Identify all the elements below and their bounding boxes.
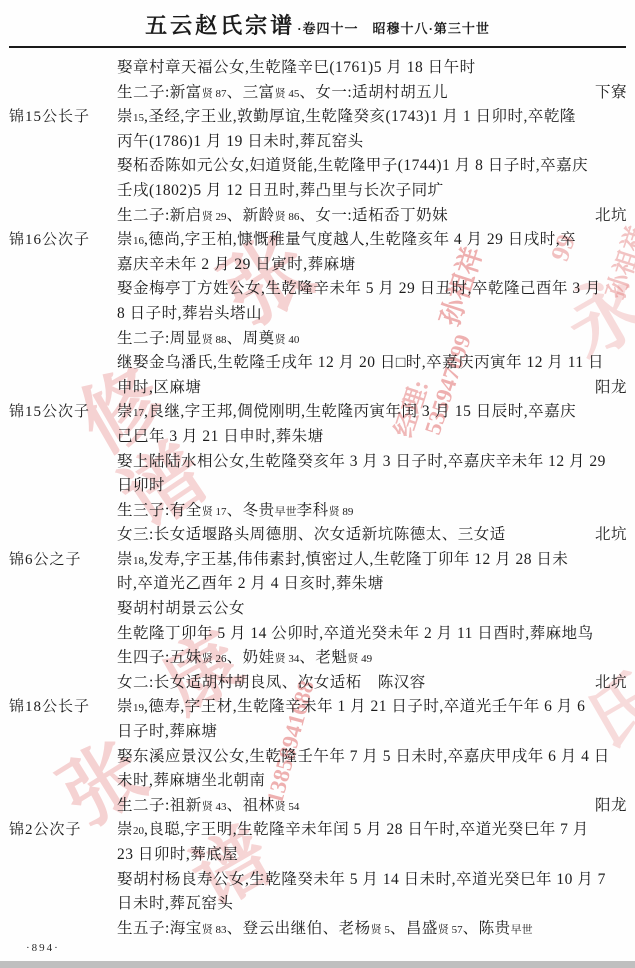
text-line: 娶胡村胡景云公女 (117, 597, 627, 622)
text-line: 壬戌(1802)5 月 12 日丑时,葬凸里与长次子同圹 (117, 179, 627, 204)
text-line: 生二子:新富贤 87、三富贤 45、女一:适胡村胡五儿下寮 (117, 81, 627, 106)
text-line: 继娶金乌潘氏,生乾隆壬戌年 12 月 20 日□时,卒嘉庆丙寅年 12 月 11… (117, 351, 627, 376)
text-line: 日卯时 (117, 474, 627, 499)
entry-block: 锦15公长子崇15,圣经,字王业,敦勤厚谊,生乾隆癸亥(1743)1 月 1 日… (0, 105, 635, 228)
line-text: 崇17,良继,字王邦,倜傥刚明,生乾隆丙寅年闰 3 月 15 日辰时,卒嘉庆 (117, 403, 576, 420)
text-line: 生二子:新启贤 29、新龄贤 86、女一:适柘岙丁奶妹北坑 (117, 204, 627, 229)
generation-label: 锦18公长子 (0, 695, 117, 818)
page-title: 五云赵氏宗谱 (145, 13, 295, 38)
small-annotation: 贤 54 (275, 801, 300, 813)
line-text: 生二子:祖新贤 43、祖林贤 54 (117, 797, 299, 814)
entry-block: 锦15公次子崇17,良继,字王邦,倜傥刚明,生乾隆丙寅年闰 3 月 15 日辰时… (0, 400, 635, 548)
line-text: 生二子:新启贤 29、新龄贤 86、女一:适柘岙丁奶妹 (117, 207, 448, 224)
line-text: 崇19,德寿,字王材,生乾隆辛未年 1 月 21 日子时,卒道光壬午年 6 月 … (117, 698, 585, 715)
generation-label: 锦2公次子 (0, 818, 117, 941)
text-line: 娶柘岙陈如元公女,妇道贤能,生乾隆甲子(1744)1 月 8 日子时,卒嘉庆 (117, 154, 627, 179)
place-tag: 北坑 (595, 523, 627, 548)
text-line: 日未时,葬瓦窑头 (117, 892, 627, 917)
line-text: 崇20,良聪,字王明,生乾隆辛未年闰 5 月 28 日午时,卒道光癸巳年 7 月 (117, 821, 589, 838)
text-line: 娶金梅亭丁方姓公女,生乾隆辛未年 5 月 29 日丑时,卒乾隆己酉年 3 月 (117, 277, 627, 302)
line-text: 时,卒道光乙酉年 2 月 4 日亥时,葬朱塘 (117, 575, 384, 592)
line-text: 娶柘岙陈如元公女,妇道贤能,生乾隆甲子(1744)1 月 8 日子时,卒嘉庆 (117, 157, 588, 174)
line-text: 娶章村章天福公女,生乾隆辛巳(1761)5 月 18 日午时 (117, 59, 476, 76)
text-line: 23 日卯时,葬底屋 (117, 843, 627, 868)
small-annotation: 17 (133, 407, 144, 419)
line-text: 8 日子时,葬岩头塔山 (117, 305, 262, 322)
text-line: 崇20,良聪,字王明,生乾隆辛未年闰 5 月 28 日午时,卒道光癸巳年 7 月 (117, 818, 627, 843)
place-tag: 下寮 (595, 81, 627, 106)
bottom-bar (0, 961, 635, 968)
text-line: 女二:长女适胡村胡良凤、次女适柘 陈汉容北坑 (117, 671, 627, 696)
line-text: 崇16,德尚,字王柏,慷慨稚量气度越人,生乾隆亥年 4 月 29 日戌时,卒 (117, 231, 576, 248)
line-text: 生四子:五妹贤 26、奶娃贤 34、老魁贤 49 (117, 649, 372, 666)
text-line: 生五子:海宝贤 83、登云出继伯、老杨贤 5、昌盛贤 57、陈贵早世 (117, 917, 627, 942)
text-line: 生四子:五妹贤 26、奶娃贤 34、老魁贤 49 (117, 646, 627, 671)
small-annotation: 贤 89 (329, 506, 354, 518)
line-text: 崇15,圣经,字王业,敦勤厚谊,生乾隆癸亥(1743)1 月 1 日卯时,卒乾隆 (117, 108, 576, 125)
line-text: 丙午(1786)1 月 19 日未时,葬瓦窑头 (117, 133, 364, 150)
generation-label: 锦16公次子 (0, 228, 117, 400)
small-annotation: 贤 45 (275, 88, 300, 100)
small-annotation: 早世 (275, 506, 297, 518)
small-annotation: 贤 86 (275, 211, 300, 223)
line-text: 继娶金乌潘氏,生乾隆壬戌年 12 月 20 日□时,卒嘉庆丙寅年 12 月 11… (117, 354, 604, 371)
text-line: 时,卒道光乙酉年 2 月 4 日亥时,葬朱塘 (117, 572, 627, 597)
text-line: 生三子:有全贤 17、冬贵早世李科贤 89 (117, 499, 627, 524)
genealogy-page: 孙祖祥经理:53594709999孙祖祥13858941688张修谱康张谱永氏 … (0, 0, 635, 968)
entry-lines: 崇15,圣经,字王业,敦勤厚谊,生乾隆癸亥(1743)1 月 1 日卯时,卒乾隆… (117, 105, 635, 228)
line-text: 23 日卯时,葬底屋 (117, 846, 238, 863)
text-line: 未时,葬麻塘坐北朝南 (117, 769, 627, 794)
place-tag: 阳龙 (595, 376, 627, 401)
text-line: 申时,区麻塘阳龙 (117, 376, 627, 401)
entry-lines: 崇20,良聪,字王明,生乾隆辛未年闰 5 月 28 日午时,卒道光癸巳年 7 月… (117, 818, 635, 941)
small-annotation: 18 (133, 555, 144, 567)
text-line: 崇15,圣经,字王业,敦勤厚谊,生乾隆癸亥(1743)1 月 1 日卯时,卒乾隆 (117, 105, 627, 130)
line-text: 娶东溪应景汉公女,生乾隆壬午年 7 月 5 日未时,卒嘉庆甲戌年 6 月 4 日 (117, 748, 610, 765)
small-annotation: 贤 26 (202, 653, 227, 665)
text-line: 崇17,良继,字王邦,倜傥刚明,生乾隆丙寅年闰 3 月 15 日辰时,卒嘉庆 (117, 400, 627, 425)
text-line: 生二子:祖新贤 43、祖林贤 54阳龙 (117, 794, 627, 819)
text-line: 女三:长女适堰路头周德朋、次女适新坑陈德太、三女适北坑 (117, 523, 627, 548)
text-line: 嘉庆辛未年 2 月 29 日寅时,葬麻塘 (117, 253, 627, 278)
entry-lines: 崇18,发寿,字王基,伟伟素封,慎密过人,生乾隆丁卯年 12 月 28 日未时,… (117, 548, 635, 696)
small-annotation: 贤 83 (202, 924, 227, 936)
line-text: 女二:长女适胡村胡良凤、次女适柘 陈汉容 (117, 674, 426, 691)
entry-block: 锦2公次子崇20,良聪,字王明,生乾隆辛未年闰 5 月 28 日午时,卒道光癸巳… (0, 818, 635, 941)
text-line: 生二子:周显贤 88、周奠贤 40 (117, 327, 627, 352)
small-annotation: 贤 17 (202, 506, 227, 518)
text-line: 崇19,德寿,字王材,生乾隆辛未年 1 月 21 日子时,卒道光壬午年 6 月 … (117, 695, 627, 720)
page-number: ·894· (26, 942, 60, 954)
small-annotation: 贤 88 (202, 334, 227, 346)
place-tag: 北坑 (595, 204, 627, 229)
text-line: 崇16,德尚,字王柏,慷慨稚量气度越人,生乾隆亥年 4 月 29 日戌时,卒 (117, 228, 627, 253)
text-line: 娶东溪应景汉公女,生乾隆壬午年 7 月 5 日未时,卒嘉庆甲戌年 6 月 4 日 (117, 745, 627, 770)
generation-label (0, 56, 117, 105)
small-annotation: 20 (133, 825, 144, 837)
line-text: 生五子:海宝贤 83、登云出继伯、老杨贤 5、昌盛贤 57、陈贵早世 (117, 920, 533, 937)
small-annotation: 贤 43 (202, 801, 227, 813)
small-annotation: 贤 29 (202, 211, 227, 223)
line-text: 生二子:新富贤 87、三富贤 45、女一:适胡村胡五儿 (117, 84, 448, 101)
small-annotation: 贤 49 (347, 653, 372, 665)
genealogy-blocks: 娶章村章天福公女,生乾隆辛巳(1761)5 月 18 日午时生二子:新富贤 87… (0, 56, 635, 941)
entry-lines: 崇17,良继,字王邦,倜傥刚明,生乾隆丙寅年闰 3 月 15 日辰时,卒嘉庆己巳… (117, 400, 635, 548)
generation-label: 锦6公之子 (0, 548, 117, 696)
small-annotation: 19 (133, 702, 144, 714)
entry-lines: 崇16,德尚,字王柏,慷慨稚量气度越人,生乾隆亥年 4 月 29 日戌时,卒嘉庆… (117, 228, 635, 400)
text-line: 日子时,葬麻塘 (117, 720, 627, 745)
line-text: 日卯时 (117, 477, 165, 494)
line-text: 崇18,发寿,字王基,伟伟素封,慎密过人,生乾隆丁卯年 12 月 28 日未 (117, 551, 568, 568)
entry-lines: 娶章村章天福公女,生乾隆辛巳(1761)5 月 18 日午时生二子:新富贤 87… (117, 56, 635, 105)
line-text: 娶金梅亭丁方姓公女,生乾隆辛未年 5 月 29 日丑时,卒乾隆己酉年 3 月 (117, 280, 601, 297)
entry-block: 锦6公之子崇18,发寿,字王基,伟伟素封,慎密过人,生乾隆丁卯年 12 月 28… (0, 548, 635, 696)
line-text: 娶胡村杨良寿公女,生乾隆癸未年 5 月 14 日未时,卒道光癸巳年 10 月 7 (117, 871, 606, 888)
line-text: 生三子:有全贤 17、冬贵早世李科贤 89 (117, 502, 353, 519)
small-annotation: 贤 40 (275, 334, 300, 346)
entry-block: 锦16公次子崇16,德尚,字王柏,慷慨稚量气度越人,生乾隆亥年 4 月 29 日… (0, 228, 635, 400)
page-header: 五云赵氏宗谱·卷四十一 昭穆十八·第三十世 (0, 0, 635, 40)
place-tag: 北坑 (595, 671, 627, 696)
text-line: 8 日子时,葬岩头塔山 (117, 302, 627, 327)
line-text: 娶上陆陆水相公女,生乾隆癸亥年 3 月 3 日子时,卒嘉庆辛未年 12 月 29 (117, 453, 606, 470)
line-text: 壬戌(1802)5 月 12 日丑时,葬凸里与长次子同圹 (117, 182, 444, 199)
line-text: 日子时,葬麻塘 (117, 723, 217, 740)
line-text: 女三:长女适堰路头周德朋、次女适新坑陈德太、三女适 (117, 526, 506, 543)
line-text: 生乾隆丁卯年 5 月 14 公卯时,卒道光癸未年 2 月 11 日酉时,葬麻地鸟 (117, 625, 594, 642)
entry-block: 锦18公长子崇19,德寿,字王材,生乾隆辛未年 1 月 21 日子时,卒道光壬午… (0, 695, 635, 818)
place-tag: 阳龙 (595, 794, 627, 819)
line-text: 生二子:周显贤 88、周奠贤 40 (117, 330, 299, 347)
entry-block: 娶章村章天福公女,生乾隆辛巳(1761)5 月 18 日午时生二子:新富贤 87… (0, 56, 635, 105)
text-line: 己巳年 3 月 21 日申时,葬朱塘 (117, 425, 627, 450)
line-text: 未时,葬麻塘坐北朝南 (117, 772, 265, 789)
page-subtitle: ·卷四十一 昭穆十八·第三十世 (297, 21, 490, 36)
text-line: 崇18,发寿,字王基,伟伟素封,慎密过人,生乾隆丁卯年 12 月 28 日未 (117, 548, 627, 573)
small-annotation: 15 (133, 112, 144, 124)
small-annotation: 贤 34 (275, 653, 300, 665)
text-line: 丙午(1786)1 月 19 日未时,葬瓦窑头 (117, 130, 627, 155)
generation-label: 锦15公次子 (0, 400, 117, 548)
line-text: 娶胡村胡景云公女 (117, 600, 245, 617)
line-text: 申时,区麻塘 (117, 379, 201, 396)
small-annotation: 早世 (511, 924, 533, 936)
text-line: 娶上陆陆水相公女,生乾隆癸亥年 3 月 3 日子时,卒嘉庆辛未年 12 月 29 (117, 450, 627, 475)
text-line: 娶章村章天福公女,生乾隆辛巳(1761)5 月 18 日午时 (117, 56, 627, 81)
text-line: 生乾隆丁卯年 5 月 14 公卯时,卒道光癸未年 2 月 11 日酉时,葬麻地鸟 (117, 622, 627, 647)
small-annotation: 贤 87 (202, 88, 227, 100)
line-text: 己巳年 3 月 21 日申时,葬朱塘 (117, 428, 324, 445)
small-annotation: 16 (133, 235, 144, 247)
small-annotation: 贤 5 (371, 924, 390, 936)
line-text: 日未时,葬瓦窑头 (117, 895, 233, 912)
small-annotation: 贤 57 (438, 924, 463, 936)
text-line: 娶胡村杨良寿公女,生乾隆癸未年 5 月 14 日未时,卒道光癸巳年 10 月 7 (117, 868, 627, 893)
generation-label: 锦15公长子 (0, 105, 117, 228)
header-rule (9, 46, 626, 48)
line-text: 嘉庆辛未年 2 月 29 日寅时,葬麻塘 (117, 256, 356, 273)
entry-lines: 崇19,德寿,字王材,生乾隆辛未年 1 月 21 日子时,卒道光壬午年 6 月 … (117, 695, 635, 818)
